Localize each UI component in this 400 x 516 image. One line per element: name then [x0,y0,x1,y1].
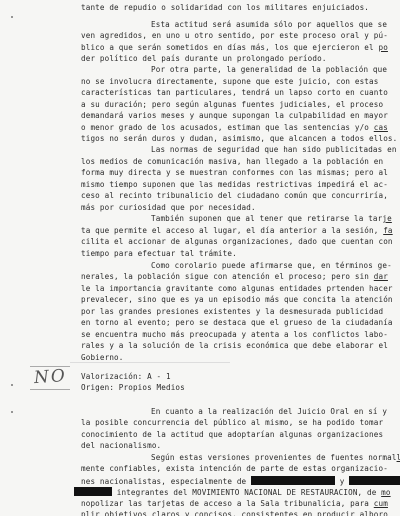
text-line: mismo tiempo suponen que las medidas res… [81,180,388,190]
margin-bracket [30,366,70,390]
typewritten-page: tante de repudio o solidaridad con los m… [0,0,400,516]
text-line: prevalecer, sino que es ya un episodio m… [81,295,393,305]
text-line: tante de repudio o solidaridad con los m… [81,3,369,13]
text-line: der político del país durante un prolong… [81,54,327,64]
text-line: forma muy directa y se muestran conforme… [81,168,388,178]
text-line: los medios de comunicación masiva, han l… [81,157,383,167]
text-line: Según estas versiones provenientes de fu… [151,453,400,463]
origin-label: Origen: Propios Medios [81,383,185,393]
text-line: demandará varios meses y aunque supongan… [81,111,388,121]
redaction-box [251,476,335,485]
text-line: conocimiento de la actitud que adoptaría… [81,430,383,440]
text-line: ta que permite el acceso al lugar, el dí… [81,226,393,236]
text-line: la posible concurrencia del público al m… [81,418,383,428]
text-line: integrantes del MOVIMIENTO NACIONAL DE R… [74,487,391,498]
text-line: Por otra parte, la generalidad de la pob… [151,65,387,75]
text-line: a su duración; pero según algunas fuente… [81,100,383,110]
text-line: Esta actitud será asumida sólo por aquel… [151,20,387,30]
text-line: ceso al recinto tribunalicio del ciudada… [81,191,388,201]
text-line: del nacionalismo. [81,441,161,451]
text-line: características tan particulares, tendrá… [81,88,388,98]
redaction-box [349,476,400,485]
margin-dot [11,16,13,18]
text-line: más por curiosidad que por necesidad. [81,203,256,213]
text-line: se encuentra mucho más preocupada y aten… [81,330,388,340]
text-line: por las grandes presiones existentes y l… [81,307,383,317]
margin-dot [11,411,13,413]
text-line: no se involucra directamente, supone que… [81,77,378,87]
text-line: nes nacionalistas, especialmente de y [81,476,400,487]
text-line: blico a que serán sometidos en días más,… [81,43,388,53]
text-line: nopolizar las tarjetas de acceso a la Sa… [81,499,388,509]
text-line: nerales, la población sigue con atención… [81,272,388,282]
text-line: en torno al evento; pero se destaca que … [81,318,393,328]
text-line: Como corolario puede afirmarse que, en t… [151,261,392,271]
text-line: En cuanto a la realización del Juicio Or… [151,407,387,417]
text-line: rales y a la solución de la crisis econó… [81,341,388,351]
redaction-box [74,487,112,496]
text-line: tiempo para efectuar tal trámite. [81,249,237,259]
text-line: Las normas de seguridad que han sido pub… [151,145,397,155]
scan-artifact [70,362,230,363]
margin-dot [11,384,13,386]
text-line: tigos no serán duros y dudan, asimismo, … [81,134,397,144]
text-line: o menor grado de los acusados, estiman q… [81,123,388,133]
text-line: ven agredidos, en uno u otro sentido, po… [81,31,388,41]
text-line: cilita el accionar de algunas organizaci… [81,237,393,247]
text-line: plir objetivos claros y concisos, consis… [81,510,388,516]
text-line: También suponen que al tener que retirar… [151,214,392,224]
text-line: mente confiables, exista intención de pa… [81,464,388,474]
valuation-label: Valorización: A - 1 [81,372,171,382]
text-line: le la importancia gravitante como alguna… [81,284,393,294]
